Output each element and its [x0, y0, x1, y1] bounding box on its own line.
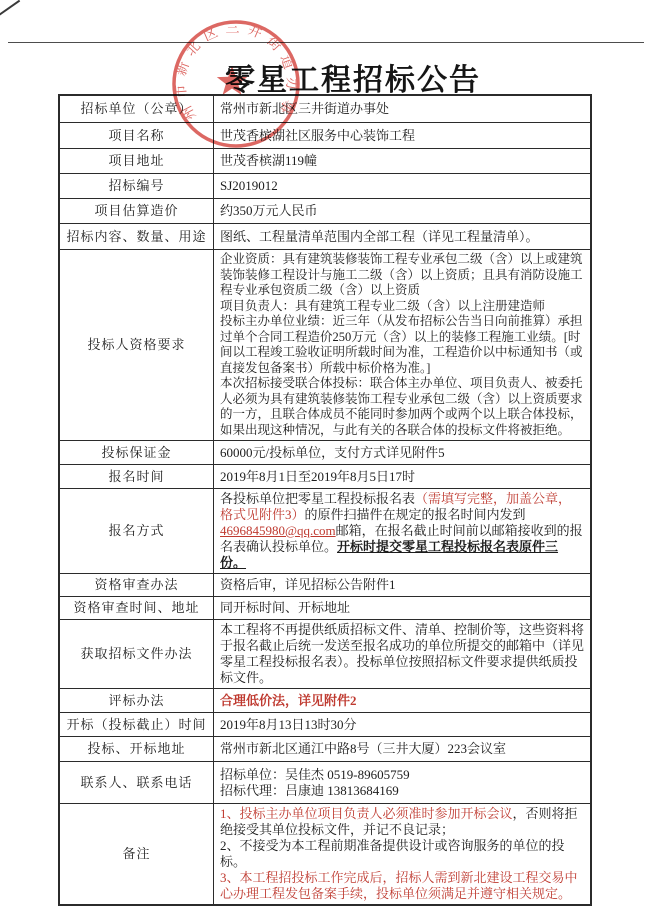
table-row: 评标办法合理低价法，详见附件2 [60, 688, 590, 712]
row-value-paragraph: 常州市新北区三井街道办事处 [220, 101, 584, 117]
table-row: 报名时间2019年8月1日至2019年8月5日17时 [60, 464, 590, 488]
row-value: 约350万元人民币 [214, 199, 590, 223]
text-segment: 3、本工程招投标工作完成后，招标人需到新北建设工程交易中心办理工程发包备案手续，… [220, 870, 578, 901]
text-segment: 同开标时间、开标地址 [220, 600, 350, 615]
row-value-paragraph: 招标单位：吴佳杰 0519-89605759 [220, 767, 584, 783]
text-segment: 资格后审，详见招标公告附件1 [220, 577, 396, 592]
page-top-rule [8, 42, 644, 43]
page-corner-fold-mark [0, 0, 20, 16]
table-row: 招标单位（公章）常州市新北区三井街道办事处 [60, 96, 590, 122]
row-label: 开标（投标截止）时间 [60, 713, 214, 736]
row-value: 1、投标主办单位项目负责人必须准时参加开标会议，否则将拒绝接受其单位投标文件，并… [214, 804, 590, 904]
table-row: 投标、开标地址常州市新北区通江中路8号（三井大厦）223会议室 [60, 736, 590, 761]
table-row: 联系人、联系电话招标单位：吴佳杰 0519-89605759招标代理：吕康迪 1… [60, 761, 590, 803]
table-row: 获取招标文件办法本工程将不再提供纸质招标文件、清单、控制价等，这些资料将于报名截… [60, 619, 590, 688]
scanned-document-page: 零星工程招标公告 招标单位（公章）常州市新北区三井街道办事处项目名称世茂香槟湖社… [0, 0, 650, 919]
row-value-paragraph: 世茂香槟湖社区服务中心装饰工程 [220, 128, 584, 144]
row-value-paragraph: 项目负责人：具有建筑工程专业二级（含）以上注册建造师 [220, 299, 584, 315]
table-row: 投标人资格要求企业资质：具有建筑装修装饰工程专业承包二级（含）以上或建筑装饰装修… [60, 249, 590, 440]
text-segment: 60000元/投标单位，支付方式详见附件5 [220, 445, 445, 460]
row-value-paragraph: 投标主办单位业绩：近三年（从发布招标公告当日向前推算）承担过单个合同工程造价25… [220, 314, 584, 376]
row-value-paragraph: 图纸、工程量清单范围内全部工程（详见工程量清单）。 [220, 229, 584, 245]
text-segment: 的原件扫描件在规定的报名时间内发到 [305, 507, 526, 522]
row-label: 招标单位（公章） [60, 96, 214, 122]
tender-notice-table: 招标单位（公章）常州市新北区三井街道办事处项目名称世茂香槟湖社区服务中心装饰工程… [58, 94, 592, 906]
table-row: 资格审查时间、地址同开标时间、开标地址 [60, 596, 590, 619]
row-value: 企业资质：具有建筑装修装饰工程专业承包二级（含）以上或建筑装饰装修工程设计与施工… [214, 250, 590, 440]
row-label: 投标保证金 [60, 441, 214, 464]
row-value-paragraph: 2019年8月13日13时30分 [220, 717, 584, 733]
text-segment: 图纸、工程量清单范围内全部工程（详见工程量清单）。 [220, 229, 539, 244]
table-row: 招标内容、数量、用途图纸、工程量清单范围内全部工程（详见工程量清单）。 [60, 223, 590, 249]
text-segment: 4696845980@qq.com [220, 523, 336, 538]
row-value: 常州市新北区通江中路8号（三井大厦）223会议室 [214, 737, 590, 761]
text-segment: 2、不接受为本工程前期准备提供设计或咨询服务的单位的投标。 [220, 838, 565, 869]
row-label: 报名方式 [60, 489, 214, 573]
row-value-paragraph: 2、不接受为本工程前期准备提供设计或咨询服务的单位的投标。 [220, 838, 584, 870]
row-value: 图纸、工程量清单范围内全部工程（详见工程量清单）。 [214, 224, 590, 249]
text-segment: 约350万元人民币 [220, 203, 318, 218]
text-segment: 本次招标接受联合体投标：联合体主办单位、项目负责人、被委托人必须为具有建筑装修装… [220, 376, 583, 437]
table-row: 备注1、投标主办单位项目负责人必须准时参加开标会议，否则将拒绝接受其单位投标文件… [60, 803, 590, 904]
row-label: 备注 [60, 804, 214, 904]
document-title: 零星工程招标公告 [86, 55, 620, 99]
text-segment: 常州市新北区通江中路8号（三井大厦）223会议室 [220, 741, 506, 756]
text-segment: 2019年8月1日至2019年8月5日17时 [220, 469, 415, 484]
row-value: 各投标单位把零星工程投标报名表（需填写完整，加盖公章，格式见附件3）的原件扫描件… [214, 489, 590, 573]
row-value-paragraph: 世茂香槟湖119幢 [220, 153, 584, 169]
text-segment: SJ2019012 [220, 178, 278, 193]
text-segment: 常州市新北区三井街道办事处 [220, 101, 389, 116]
row-value: SJ2019012 [214, 174, 590, 198]
text-segment: 世茂香槟湖社区服务中心装饰工程 [220, 128, 415, 143]
row-value-paragraph: 1、投标主办单位项目负责人必须准时参加开标会议，否则将拒绝接受其单位投标文件，并… [220, 806, 584, 838]
row-value: 招标单位：吴佳杰 0519-89605759招标代理：吕康迪 138136841… [214, 762, 590, 803]
row-value-paragraph: 2019年8月1日至2019年8月5日17时 [220, 469, 584, 485]
row-label: 联系人、联系电话 [60, 762, 214, 803]
text-segment: 招标单位：吴佳杰 0519-89605759 [220, 767, 410, 782]
row-value-paragraph: 合理低价法，详见附件2 [220, 693, 584, 709]
text-segment: 本工程将不再提供纸质招标文件、清单、控制价等，这些资料将于报名截止后统一发送至报… [220, 622, 584, 685]
row-value-paragraph: 招标代理：吕康迪 13813684169 [220, 783, 584, 799]
row-value-paragraph: 约350万元人民币 [220, 203, 584, 219]
row-value-paragraph: 常州市新北区通江中路8号（三井大厦）223会议室 [220, 741, 584, 757]
row-label: 项目名称 [60, 123, 214, 148]
row-label: 资格审查时间、地址 [60, 597, 214, 619]
table-row: 项目估算造价约350万元人民币 [60, 198, 590, 223]
row-value: 本工程将不再提供纸质招标文件、清单、控制价等，这些资料将于报名截止后统一发送至报… [214, 620, 590, 688]
row-value: 合理低价法，详见附件2 [214, 689, 590, 712]
row-value-paragraph: 本工程将不再提供纸质招标文件、清单、控制价等，这些资料将于报名截止后统一发送至报… [220, 622, 584, 686]
row-value: 2019年8月1日至2019年8月5日17时 [214, 465, 590, 488]
row-value-paragraph: SJ2019012 [220, 178, 584, 194]
row-value-paragraph: 各投标单位把零星工程投标报名表（需填写完整，加盖公章，格式见附件3）的原件扫描件… [220, 491, 584, 571]
table-row: 投标保证金60000元/投标单位，支付方式详见附件5 [60, 440, 590, 464]
row-value-paragraph: 企业资质：具有建筑装修装饰工程专业承包二级（含）以上或建筑装饰装修工程设计与施工… [220, 252, 584, 299]
row-label: 招标内容、数量、用途 [60, 224, 214, 249]
row-label: 投标人资格要求 [60, 250, 214, 440]
row-value: 常州市新北区三井街道办事处 [214, 96, 590, 122]
row-label: 项目地址 [60, 149, 214, 173]
row-value-paragraph: 资格后审，详见招标公告附件1 [220, 577, 584, 593]
row-value-paragraph: 同开标时间、开标地址 [220, 600, 584, 616]
row-value: 同开标时间、开标地址 [214, 597, 590, 619]
table-row: 招标编号SJ2019012 [60, 173, 590, 198]
row-label: 项目估算造价 [60, 199, 214, 223]
row-value: 世茂香槟湖119幢 [214, 149, 590, 173]
text-segment: 合理低价法，详见附件2 [220, 693, 357, 708]
row-label: 招标编号 [60, 174, 214, 198]
row-label: 报名时间 [60, 465, 214, 488]
text-segment: 各投标单位把零星工程投标报名表 [220, 491, 415, 506]
row-label: 资格审查办法 [60, 574, 214, 596]
text-segment: 企业资质：具有建筑装修装饰工程专业承包二级（含）以上或建筑装饰装修工程设计与施工… [220, 252, 583, 297]
row-label: 获取招标文件办法 [60, 620, 214, 688]
text-segment: 1、投标主办单位项目负责人必须准时参加开标会议 [220, 806, 513, 821]
table-row: 报名方式各投标单位把零星工程投标报名表（需填写完整，加盖公章，格式见附件3）的原… [60, 488, 590, 573]
row-value: 资格后审，详见招标公告附件1 [214, 574, 590, 596]
row-value-paragraph: 3、本工程招投标工作完成后，招标人需到新北建设工程交易中心办理工程发包备案手续，… [220, 870, 584, 902]
text-segment: 招标代理：吕康迪 13813684169 [220, 783, 399, 798]
row-value-paragraph: 60000元/投标单位，支付方式详见附件5 [220, 445, 584, 461]
row-value: 2019年8月13日13时30分 [214, 713, 590, 736]
text-segment: 世茂香槟湖119幢 [220, 153, 317, 168]
row-label: 评标办法 [60, 689, 214, 712]
table-row: 开标（投标截止）时间2019年8月13日13时30分 [60, 712, 590, 736]
text-segment: 项目负责人：具有建筑工程专业二级（含）以上注册建造师 [220, 299, 545, 313]
row-label: 投标、开标地址 [60, 737, 214, 761]
table-row: 项目地址世茂香槟湖119幢 [60, 148, 590, 173]
text-segment: 2019年8月13日13时30分 [220, 717, 357, 732]
row-value: 60000元/投标单位，支付方式详见附件5 [214, 441, 590, 464]
row-value-paragraph: 本次招标接受联合体投标：联合体主办单位、项目负责人、被委托人必须为具有建筑装修装… [220, 376, 584, 438]
table-row: 项目名称世茂香槟湖社区服务中心装饰工程 [60, 122, 590, 148]
text-segment: 投标主办单位业绩：近三年（从发布招标公告当日向前推算）承担过单个合同工程造价25… [220, 314, 583, 375]
table-row: 资格审查办法资格后审，详见招标公告附件1 [60, 573, 590, 596]
row-value: 世茂香槟湖社区服务中心装饰工程 [214, 123, 590, 148]
